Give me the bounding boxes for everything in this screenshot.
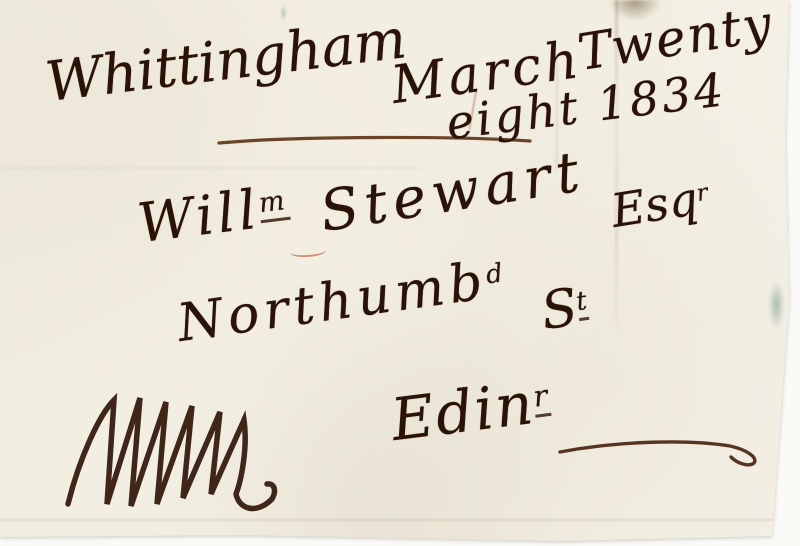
letter-paper: Whittingham March Twenty eight 1834 Will… <box>0 0 800 546</box>
city-superscript: r <box>531 378 551 418</box>
scanned-letter: Whittingham March Twenty eight 1834 Will… <box>0 0 800 546</box>
address-street: Northumbd <box>174 248 513 354</box>
first-name-superscript: m <box>257 185 291 223</box>
street-text: Northumb <box>174 251 491 354</box>
dateline-place: Whittingham <box>42 6 409 114</box>
city-text: Edin <box>388 369 539 454</box>
addressee-honorific: Esqr <box>608 169 713 238</box>
address-city: Edinr <box>388 367 554 454</box>
addressee-surname: Stewart <box>316 139 589 245</box>
franking-signature-flourish <box>60 386 318 524</box>
paper-wrap: Whittingham March Twenty eight 1834 Will… <box>0 0 800 546</box>
teal-ink-dot <box>280 5 287 21</box>
teal-ink-smudge <box>768 280 785 330</box>
horizontal-crease-faint <box>0 167 420 169</box>
address-street-word: St <box>538 276 592 342</box>
street-superscript: d <box>484 258 510 291</box>
ink-flourish-dash <box>558 436 768 472</box>
honorific-text: Esq <box>608 171 702 238</box>
addressee-first-name: Willm <box>134 174 293 255</box>
red-ink-squiggle <box>290 245 327 258</box>
first-name-text: Will <box>134 178 263 255</box>
